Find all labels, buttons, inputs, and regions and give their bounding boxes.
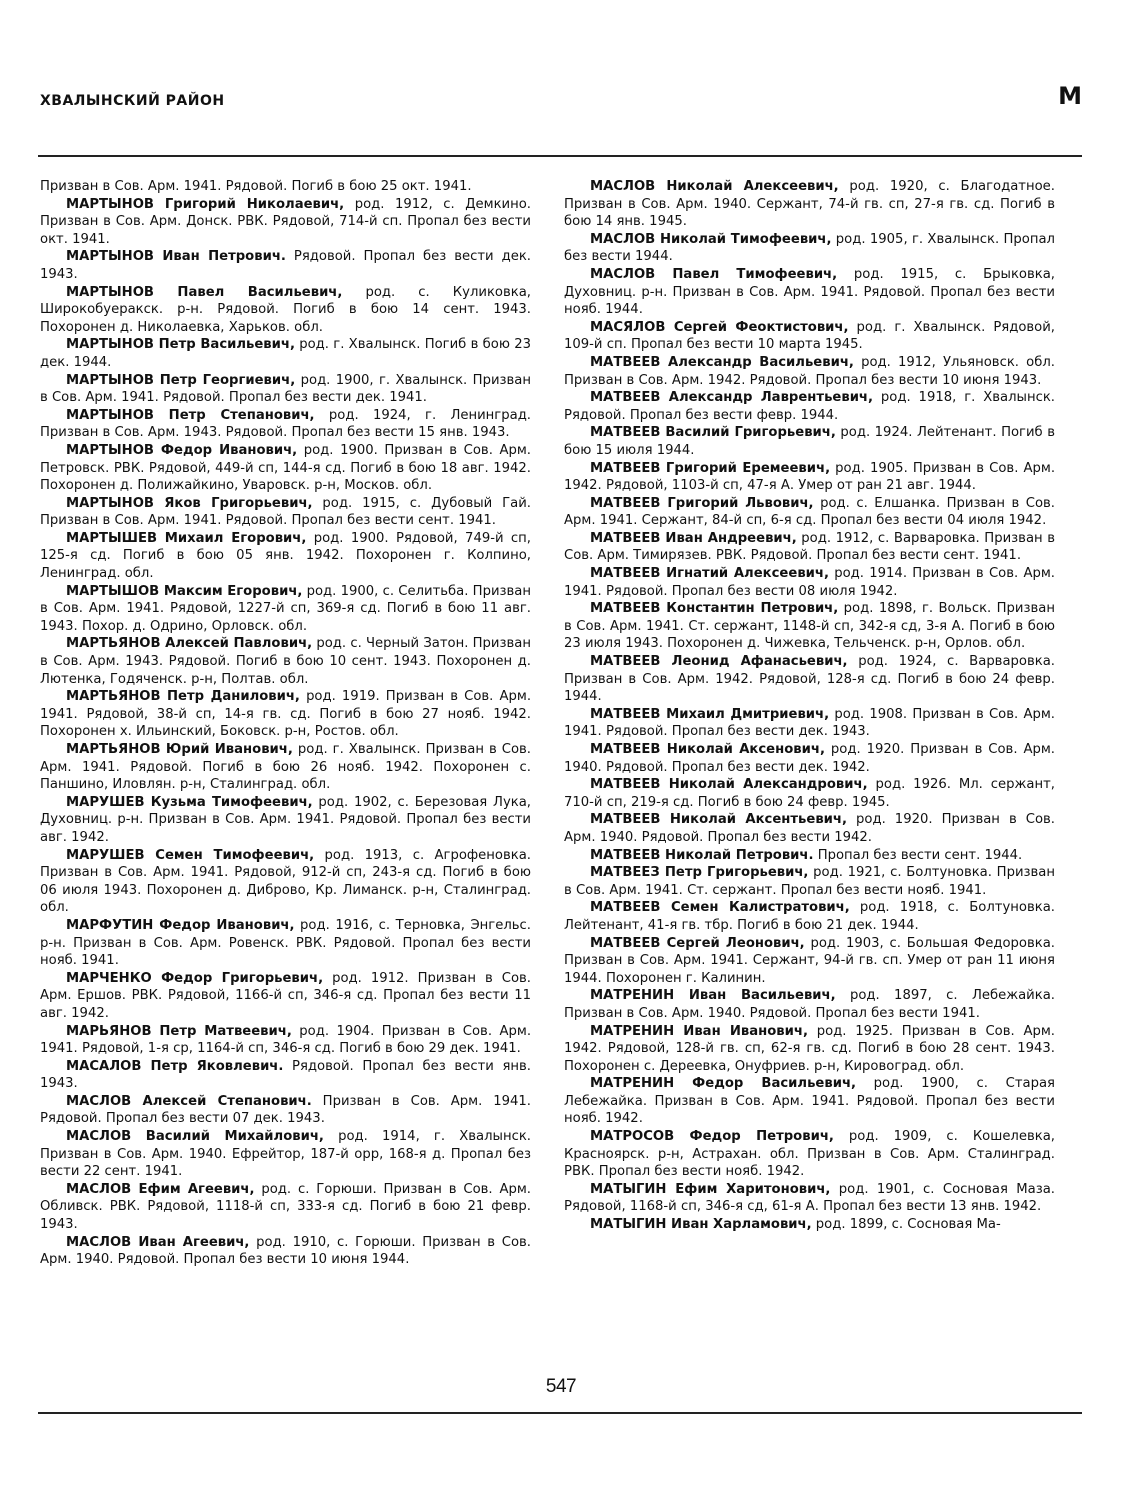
entry-name: МАТВЕЕВ Василий Григорьевич, — [590, 425, 836, 440]
entry-name: МАРТЬЯНОВ Алексей Павлович, — [66, 636, 312, 651]
entry-name: МАРТЫНОВ Иван Петрович. — [66, 249, 286, 264]
entry-name: МАТЫГИН Иван Харламович, — [590, 1217, 812, 1232]
entry-name: МАРТЫНОВ Петр Васильевич, — [66, 337, 295, 352]
entry-name: МАТВЕЕВ Александр Васильевич, — [590, 355, 854, 370]
entry-text: Пропал без вести сент. 1944. — [814, 848, 1023, 863]
entry-name: МАРТЫНОВ Павел Васильевич, — [66, 285, 342, 300]
entry-name: МАРТЫНОВ Петр Георгиевич, — [66, 373, 295, 388]
running-header-letter: М — [1058, 82, 1082, 110]
list-item: МАРТЫШОВ Максим Егорович, род. 1900, с. … — [40, 583, 531, 636]
entry-name: МАРУШЕВ Кузьма Тимофеевич, — [66, 795, 313, 810]
entry-name: МАСЛОВ Павел Тимофеевич, — [590, 267, 837, 282]
entry-text: род. 1899, с. Сосновая Ма- — [812, 1217, 1001, 1232]
list-item: МАТВЕЕВ Леонид Афанасьевич, род. 1924, с… — [564, 653, 1055, 706]
entry-name: МАТВЕЕВ Александр Лаврентьевич, — [590, 390, 873, 405]
entry-name: МАТВЕЕВ Михаил Дмитриевич, — [590, 707, 829, 722]
footer-rule — [38, 1412, 1082, 1414]
list-item: МАТВЕЕВ Семен Калистратович, род. 1918, … — [564, 899, 1055, 934]
list-item: МАТВЕЕВ Николай Александрович, род. 1926… — [564, 776, 1055, 811]
entry-name: МАТВЕЕВ Константин Петрович, — [590, 601, 838, 616]
list-item: МАТВЕЕЗ Петр Григорьевич, род. 1921, с. … — [564, 864, 1055, 899]
list-item: МАСЛОВ Павел Тимофеевич, род. 1915, с. Б… — [564, 266, 1055, 319]
list-item: МАСЯЛОВ Сергей Феоктистович, род. г. Хва… — [564, 319, 1055, 354]
entry-name: МАТЫГИН Ефим Харитонович, — [590, 1182, 830, 1197]
list-item: МАТВЕЕВ Николай Петрович. Пропал без вес… — [564, 847, 1055, 865]
list-item: МАРТЫНОВ Петр Георгиевич, род. 1900, г. … — [40, 372, 531, 407]
list-item: МАТВЕЕВ Игнатий Алексеевич, род. 1914. П… — [564, 565, 1055, 600]
entry-name: МАРТЫНОВ Григорий Николаевич, — [66, 197, 344, 212]
header-rule — [38, 155, 1082, 157]
list-item: МАРТЫНОВ Петр Васильевич, род. г. Хвалын… — [40, 336, 531, 371]
list-item: МАТРОСОВ Федор Петрович, род. 1909, с. К… — [564, 1128, 1055, 1181]
entry-name: МАТВЕЕВ Игнатий Алексеевич, — [590, 566, 829, 581]
list-item: МАТРЕНИН Иван Иванович, род. 1925. Призв… — [564, 1023, 1055, 1076]
list-item: МАТВЕЕВ Григорий Львович, род. с. Елшанк… — [564, 495, 1055, 530]
entry-name: МАТВЕЕВ Иван Андреевич, — [590, 531, 797, 546]
entry-name: МАТВЕЕВ Григорий Еремеевич, — [590, 461, 830, 476]
list-item: МАТВЕЕВ Иван Андреевич, род. 1912, с. Ва… — [564, 530, 1055, 565]
list-item: МАРТЫШЕВ Михаил Егорович, род. 1900. Ряд… — [40, 530, 531, 583]
entry-name: МАСЛОВ Алексей Степанович. — [66, 1094, 312, 1109]
entry-name: МАТВЕЕВ Николай Аксентьевич, — [590, 812, 847, 827]
entry-name: МАРЬЯНОВ Петр Матвеевич, — [66, 1024, 292, 1039]
entry-name: МАРФУТИН Федор Иванович, — [66, 918, 295, 933]
entry-name: МАСЛОВ Василий Михайлович, — [66, 1129, 324, 1144]
entry-name: МАСЛОВ Иван Агеевич, — [66, 1235, 249, 1250]
list-item: МАРТЫНОВ Иван Петрович. Рядовой. Пропал … — [40, 248, 531, 283]
entry-name: МАСЛОВ Николай Алексеевич, — [590, 179, 839, 194]
list-item: МАТВЕЕВ Василий Григорьевич, род. 1924. … — [564, 424, 1055, 459]
entry-name: МАТВЕЕВ Николай Петрович. — [590, 848, 814, 863]
entry-name: МАТРОСОВ Федор Петрович, — [590, 1129, 834, 1144]
list-item: МАРЧЕНКО Федор Григорьевич, род. 1912. П… — [40, 970, 531, 1023]
list-item: МАРЬЯНОВ Петр Матвеевич, род. 1904. Приз… — [40, 1023, 531, 1058]
list-item: МАРТЬЯНОВ Юрий Иванович, род. г. Хвалынс… — [40, 741, 531, 794]
list-item: МАТВЕЕВ Николай Аксенович, род. 1920. Пр… — [564, 741, 1055, 776]
list-item: МАРТЫНОВ Яков Григорьевич, род. 1915, с.… — [40, 495, 531, 530]
list-item: МАТВЕЕВ Константин Петрович, род. 1898, … — [564, 600, 1055, 653]
entry-name: МАСЛОВ Ефим Агеевич, — [66, 1182, 254, 1197]
entry-name: МАРТЫНОВ Петр Степанович, — [66, 408, 315, 423]
list-item: МАТЫГИН Ефим Харитонович, род. 1901, с. … — [564, 1181, 1055, 1216]
page-number: 547 — [0, 1376, 1122, 1398]
entry-name: МАРУШЕВ Семен Тимофеевич, — [66, 848, 314, 863]
entry-name: МАРТЫНОВ Яков Григорьевич, — [66, 496, 313, 511]
entry-name: МАТРЕНИН Федор Васильевич, — [590, 1076, 856, 1091]
right-column: МАСЛОВ Николай Алексеевич, род. 1920, с.… — [564, 178, 1055, 1234]
list-item: МАРУШЕВ Семен Тимофеевич, род. 1913, с. … — [40, 847, 531, 917]
list-item: МАРУШЕВ Кузьма Тимофеевич, род. 1902, с.… — [40, 794, 531, 847]
entry-name: МАТВЕЕВ Николай Александрович, — [590, 777, 868, 792]
entry-name: МАТРЕНИН Иван Васильевич, — [590, 988, 836, 1003]
entry-name: МАТВЕЕЗ Петр Григорьевич, — [590, 865, 808, 880]
list-item: МАСЛОВ Алексей Степанович. Призван в Сов… — [40, 1093, 531, 1128]
list-item: МАТРЕНИН Федор Васильевич, род. 1900, с.… — [564, 1075, 1055, 1128]
entry-name: МАРТЫНОВ Федор Иванович, — [66, 443, 297, 458]
entry-name: МАРТЫШЕВ Михаил Егорович, — [66, 531, 306, 546]
list-item: МАРФУТИН Федор Иванович, род. 1916, с. Т… — [40, 917, 531, 970]
left-column: Призван в Сов. Арм. 1941. Рядовой. Погиб… — [40, 178, 531, 1269]
list-item: МАРТЬЯНОВ Алексей Павлович, род. с. Черн… — [40, 635, 531, 688]
entry-name: МАТРЕНИН Иван Иванович, — [590, 1024, 808, 1039]
list-item: МАТВЕЕВ Сергей Леонович, род. 1903, с. Б… — [564, 935, 1055, 988]
list-item: МАТЫГИН Иван Харламович, род. 1899, с. С… — [564, 1216, 1055, 1234]
entry-text: Призван в Сов. Арм. 1941. Рядовой. Погиб… — [40, 179, 472, 194]
entry-name: МАТВЕЕВ Сергей Леонович, — [590, 936, 805, 951]
list-item: МАРТЫНОВ Федор Иванович, род. 1900. Приз… — [40, 442, 531, 495]
list-item: МАТВЕЕВ Александр Васильевич, род. 1912,… — [564, 354, 1055, 389]
entry-name: МАТВЕЕВ Николай Аксенович, — [590, 742, 825, 757]
entry-name: МАСЛОВ Николай Тимофеевич, — [590, 232, 831, 247]
entry-name: МАТВЕЕВ Леонид Афанасьевич, — [590, 654, 848, 669]
list-item: МАРТЫНОВ Петр Степанович, род. 1924, г. … — [40, 407, 531, 442]
entry-name: МАСЯЛОВ Сергей Феоктистович, — [590, 320, 849, 335]
list-item: МАРТЫНОВ Павел Васильевич, род. с. Кулик… — [40, 284, 531, 337]
running-header-title: ХВАЛЫНСКИЙ РАЙОН — [40, 93, 225, 109]
entry-name: МАРТЬЯНОВ Петр Данилович, — [66, 689, 300, 704]
list-item: МАСЛОВ Василий Михайлович, род. 1914, г.… — [40, 1128, 531, 1181]
list-item: МАТВЕЕВ Николай Аксентьевич, род. 1920. … — [564, 811, 1055, 846]
entry-name: МАРТЫШОВ Максим Егорович, — [66, 584, 302, 599]
list-item: МАСЛОВ Ефим Агеевич, род. с. Горюши. При… — [40, 1181, 531, 1234]
list-item: МАТВЕЕВ Григорий Еремеевич, род. 1905. П… — [564, 460, 1055, 495]
list-item: МАРТЫНОВ Григорий Николаевич, род. 1912,… — [40, 196, 531, 249]
entry-name: МАРЧЕНКО Федор Григорьевич, — [66, 971, 323, 986]
list-item: МАСЛОВ Николай Алексеевич, род. 1920, с.… — [564, 178, 1055, 231]
list-item: МАТВЕЕВ Михаил Дмитриевич, род. 1908. Пр… — [564, 706, 1055, 741]
entry-name: МАСАЛОВ Петр Яковлевич. — [66, 1059, 283, 1074]
list-item: МАТВЕЕВ Александр Лаврентьевич, род. 191… — [564, 389, 1055, 424]
list-item: Призван в Сов. Арм. 1941. Рядовой. Погиб… — [40, 178, 531, 196]
entry-name: МАТВЕЕВ Семен Калистратович, — [590, 900, 850, 915]
list-item: МАСАЛОВ Петр Яковлевич. Рядовой. Пропал … — [40, 1058, 531, 1093]
entry-name: МАРТЬЯНОВ Юрий Иванович, — [66, 742, 293, 757]
list-item: МАСЛОВ Иван Агеевич, род. 1910, с. Горюш… — [40, 1234, 531, 1269]
list-item: МАСЛОВ Николай Тимофеевич, род. 1905, г.… — [564, 231, 1055, 266]
entry-name: МАТВЕЕВ Григорий Львович, — [590, 496, 814, 511]
list-item: МАТРЕНИН Иван Васильевич, род. 1897, с. … — [564, 987, 1055, 1022]
list-item: МАРТЬЯНОВ Петр Данилович, род. 1919. При… — [40, 688, 531, 741]
